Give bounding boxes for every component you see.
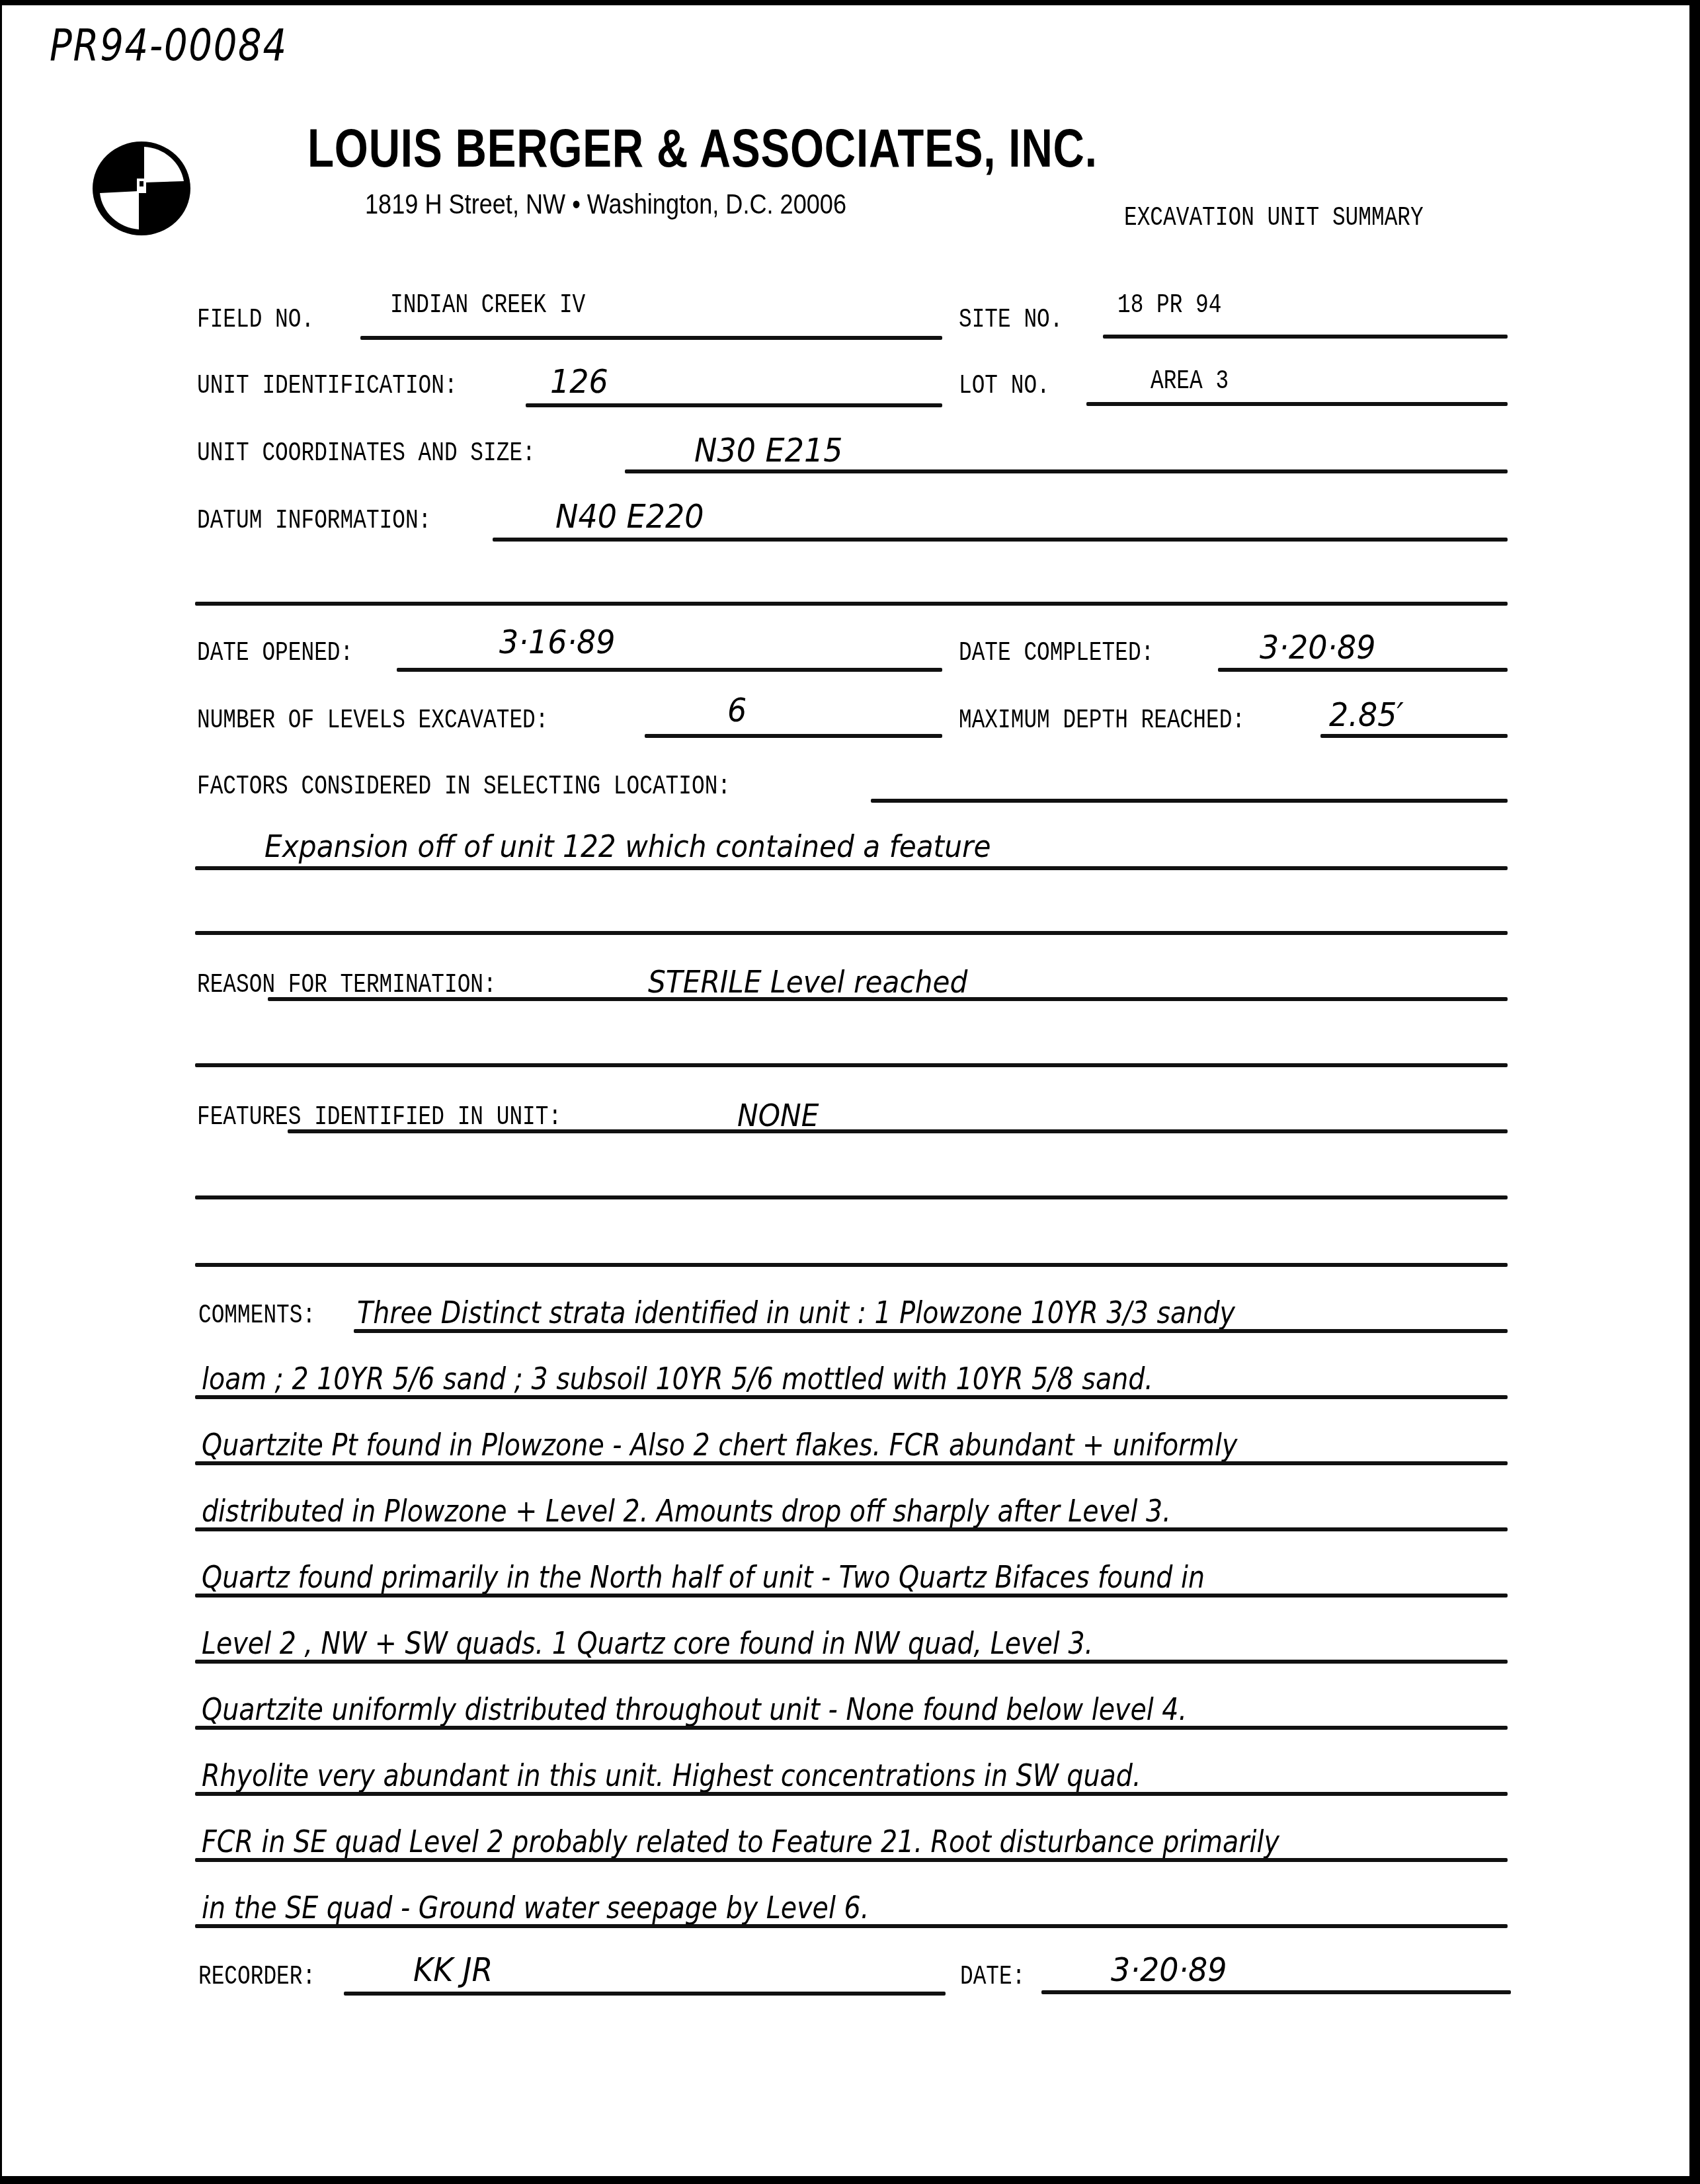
site-no-value: 18 PR 94 <box>1117 291 1221 321</box>
date-line <box>1041 1990 1511 1994</box>
scan-border-left <box>0 0 2 2184</box>
field-no-label: FIELD NO. <box>197 305 314 335</box>
max-depth-label: MAXIMUM DEPTH REACHED: <box>959 706 1245 736</box>
comment-rule-line <box>195 1792 1508 1796</box>
site-no-line <box>1103 335 1508 339</box>
date-value: 3·20·89 <box>1111 1951 1227 1989</box>
comment-line: FCR in SE quad Level 2 probably related … <box>202 1824 1279 1859</box>
recorder-value: KK JR <box>413 1951 493 1989</box>
lot-no-label: LOT NO. <box>959 372 1050 401</box>
unit-coordinates-line <box>625 469 1508 473</box>
levels-excavated-line <box>645 734 942 738</box>
levels-excavated-value: 6 <box>727 691 747 729</box>
comment-line: in the SE quad - Ground water seepage by… <box>202 1890 869 1925</box>
scan-border-right <box>1689 0 1700 2184</box>
factors-location-label: FACTORS CONSIDERED IN SELECTING LOCATION… <box>197 772 731 802</box>
comment-line: Rhyolite very abundant in this unit. Hig… <box>202 1758 1141 1793</box>
comment-rule-line <box>195 1527 1508 1531</box>
comment-rule-line <box>354 1329 1508 1333</box>
comments-label: COMMENTS: <box>198 1301 315 1331</box>
factors-location-line-3 <box>195 931 1508 935</box>
comment-rule-line <box>195 1395 1508 1399</box>
field-no-value: INDIAN CREEK IV <box>390 291 585 321</box>
form-title: EXCAVATION UNIT SUMMARY <box>1124 204 1424 233</box>
comment-rule-line <box>195 1924 1508 1928</box>
comment-line: distributed in Plowzone + Level 2. Amoun… <box>202 1493 1171 1529</box>
datum-information-label: DATUM INFORMATION: <box>197 506 431 536</box>
features-identified-line-2 <box>195 1195 1508 1199</box>
date-opened-value: 3·16·89 <box>499 623 616 661</box>
datum-information-line <box>493 538 1508 542</box>
date-label: DATE: <box>960 1962 1025 1992</box>
comment-rule-line <box>195 1461 1508 1465</box>
comment-line: Quartz found primarily in the North half… <box>202 1559 1205 1595</box>
features-identified-label: FEATURES IDENTIFIED IN UNIT: <box>197 1103 561 1133</box>
features-identified-value: NONE <box>737 1098 819 1133</box>
factors-location-line-2 <box>195 866 1508 870</box>
comment-line: Quartzite Pt found in Plowzone - Also 2 … <box>202 1427 1237 1463</box>
comment-rule-line <box>195 1726 1508 1730</box>
factors-location-value: Expansion off of unit 122 which containe… <box>264 829 991 864</box>
comment-line: Quartzite uniformly distributed througho… <box>202 1691 1187 1727</box>
unit-coordinates-label: UNIT COORDINATES AND SIZE: <box>197 439 536 469</box>
factors-location-line <box>871 799 1508 803</box>
levels-excavated-label: NUMBER OF LEVELS EXCAVATED: <box>197 706 548 736</box>
comment-rule-line <box>195 1594 1508 1598</box>
quartered-circle-logo-icon <box>89 139 194 238</box>
date-opened-line <box>397 668 942 672</box>
field-no-line <box>360 336 942 340</box>
unit-coordinates-value: N30 E215 <box>694 431 842 469</box>
company-name: LOUIS BERGER & ASSOCIATES, INC. <box>307 118 1098 180</box>
unit-identification-line <box>526 403 942 407</box>
features-identified-line-3 <box>195 1263 1508 1267</box>
comment-rule-line <box>195 1858 1508 1862</box>
company-address: 1819 H Street, NW • Washington, D.C. 200… <box>365 188 846 220</box>
comment-rule-line <box>195 1660 1508 1664</box>
lot-no-value: AREA 3 <box>1151 367 1229 397</box>
scan-border-bottom <box>0 2176 1700 2184</box>
scan-border-top <box>0 0 1700 5</box>
features-identified-line <box>288 1129 1508 1133</box>
max-depth-value: 2.85′ <box>1329 696 1404 734</box>
blank-line <box>195 602 1508 606</box>
comment-line: Level 2 , NW + SW quads. 1 Quartz core f… <box>202 1625 1093 1661</box>
site-no-label: SITE NO. <box>959 305 1063 335</box>
unit-identification-value: 126 <box>550 362 608 401</box>
reason-termination-value: STERILE Level reached <box>648 964 967 1000</box>
document-number: PR94-00084 <box>50 20 288 71</box>
comment-line: Three Distinct strata identified in unit… <box>357 1295 1235 1330</box>
date-opened-label: DATE OPENED: <box>197 639 353 668</box>
recorder-label: RECORDER: <box>198 1962 315 1992</box>
datum-information-value: N40 E220 <box>555 497 704 536</box>
date-completed-label: DATE COMPLETED: <box>959 639 1154 668</box>
lot-no-line <box>1086 402 1508 406</box>
comment-line: loam ; 2 10YR 5/6 sand ; 3 subsoil 10YR … <box>202 1361 1153 1396</box>
date-completed-line <box>1218 668 1508 672</box>
reason-termination-label: REASON FOR TERMINATION: <box>197 971 497 1000</box>
max-depth-line <box>1320 734 1508 738</box>
recorder-line <box>344 1992 946 1996</box>
date-completed-value: 3·20·89 <box>1260 628 1376 667</box>
unit-identification-label: UNIT IDENTIFICATION: <box>197 372 458 401</box>
reason-termination-line <box>268 997 1508 1001</box>
reason-termination-line-2 <box>195 1063 1508 1067</box>
